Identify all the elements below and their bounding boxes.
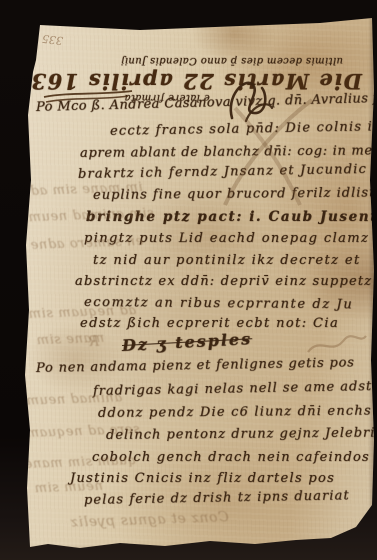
notary-signoff: Dz ʒ tesples: [122, 329, 253, 355]
manuscript-line: abstrinctz ex ddn̄: depriv̄ einz suppetz: [75, 274, 372, 289]
photo-backdrop: 335 ultimis decem dies p̄ anno Calendis …: [0, 0, 377, 560]
bleedthrough-line: R: [88, 334, 100, 350]
folio-number: 335: [41, 32, 63, 47]
bleedthrough-line: en samero adne: [30, 234, 144, 253]
heading-interline-above: ultimis decem dies p̄ anno Calendis Juni…: [96, 55, 368, 66]
manuscript-line: pelas ferie dz drish tz ipns duariat: [84, 488, 350, 508]
manuscript-line: Justinis Cnicis inz fliz dartels pos: [70, 471, 335, 486]
manuscript-line: tz nid aur pontinilz ikz decretz et: [93, 253, 361, 268]
heading-date-title: Die Martis 22 aprilis 1632: [44, 69, 362, 94]
manuscript-line: ddonz pendz Die c6 liunz dn̄i enchs: [98, 404, 372, 421]
bleedthrough-flourish: [308, 336, 366, 352]
manuscript-line: Po nen andama pienz et fenlignes getis p…: [36, 355, 355, 376]
manuscript-line: delinch pentonz drunz gejnz Jelebris: [106, 426, 377, 443]
bleedthrough-line: neum sim: [34, 479, 103, 496]
manuscript-line: ecctz francs sola pn̄d: Die colnis in: [110, 119, 377, 139]
bleedthrough-line: Conz et agnus pyeliz: [70, 509, 229, 531]
manuscript-page: 335 ultimis decem dies p̄ anno Calendis …: [0, 0, 377, 560]
bleedthrough-line: quam sim mane: [24, 453, 137, 472]
manuscript-line: brakrtz ich ferndz Jnsanz et Jucundic: [78, 162, 367, 182]
manuscript-line: fradrigas kagi nelas nell se ame adst: [93, 379, 372, 399]
manuscript-line: aprem ablant de blanchz dn̄i: cog: in me…: [80, 143, 377, 161]
